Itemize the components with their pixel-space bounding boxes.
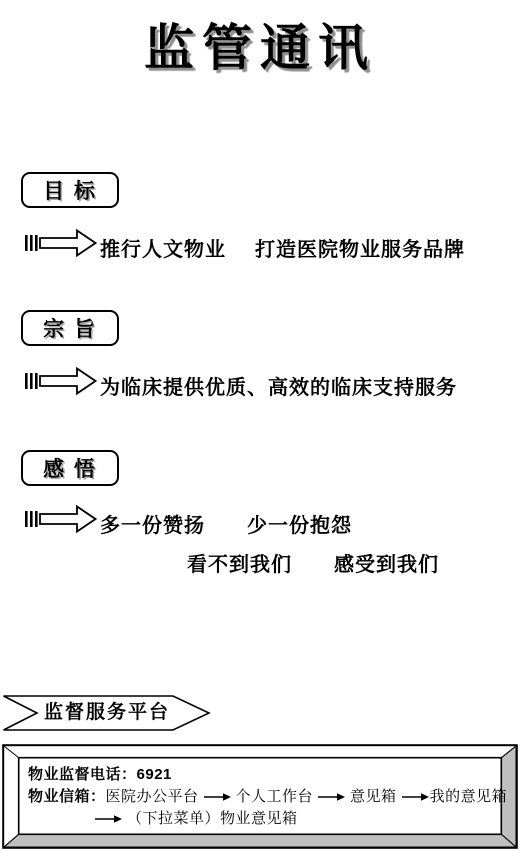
flow-step: 意见箱 <box>350 786 397 808</box>
contact-info-content: 物业监督电话： 6921 物业信箱： 医院办公平台 个人工作台 意见箱 我的意见… <box>28 764 498 830</box>
section-box-insight: 感 悟 <box>21 450 119 486</box>
flow-arrow-icon <box>204 792 231 802</box>
phone-label: 物业监督电话： <box>28 764 137 786</box>
flow-arrow-icon <box>402 792 429 802</box>
mailbox-line: 物业信箱： 医院办公平台 个人工作台 意见箱 我的意见箱 <box>28 786 498 808</box>
flow-step: 个人工作台 <box>236 786 314 808</box>
document-page: 监管通讯 目 标 推行人文物业 打造医院物业服务品牌 宗 旨 为临床提供优质、高… <box>0 0 520 851</box>
striped-arrow-icon <box>25 365 97 397</box>
purpose-text: 为临床提供优质、高效的临床支持服务 <box>100 371 457 400</box>
banner-label: 监督服务平台 <box>38 694 176 732</box>
dropdown-note: （下拉菜单）物业意见箱 <box>127 808 298 830</box>
page-title: 监管通讯 <box>0 8 520 80</box>
phone-line: 物业监督电话： 6921 <box>28 764 498 786</box>
striped-arrow-icon <box>25 503 97 535</box>
section-label-insight: 感 悟 <box>43 453 97 483</box>
section-label-goal: 目 标 <box>43 175 97 205</box>
striped-arrow-icon <box>25 227 97 259</box>
flow-step: 医院办公平台 <box>106 786 199 808</box>
flow-arrow-icon <box>318 792 345 802</box>
contact-info-frame: 物业监督电话： 6921 物业信箱： 医院办公平台 个人工作台 意见箱 我的意见… <box>2 744 518 849</box>
section-box-purpose: 宗 旨 <box>21 310 119 346</box>
goal-text: 推行人文物业 打造医院物业服务品牌 <box>100 233 465 262</box>
insight-text-line1: 多一份赞扬 少一份抱怨 <box>100 509 352 538</box>
insight-text-line2: 看不到我们 感受到我们 <box>187 548 439 577</box>
phone-number: 6921 <box>137 764 172 786</box>
supervision-platform-banner: 监督服务平台 <box>2 694 212 732</box>
section-box-goal: 目 标 <box>21 172 119 208</box>
mailbox-label: 物业信箱： <box>28 786 106 808</box>
dropdown-line: （下拉菜单）物业意见箱 <box>90 808 498 830</box>
flow-step: 我的意见箱 <box>430 786 508 808</box>
section-label-purpose: 宗 旨 <box>43 313 97 343</box>
flow-arrow-icon <box>95 814 122 824</box>
